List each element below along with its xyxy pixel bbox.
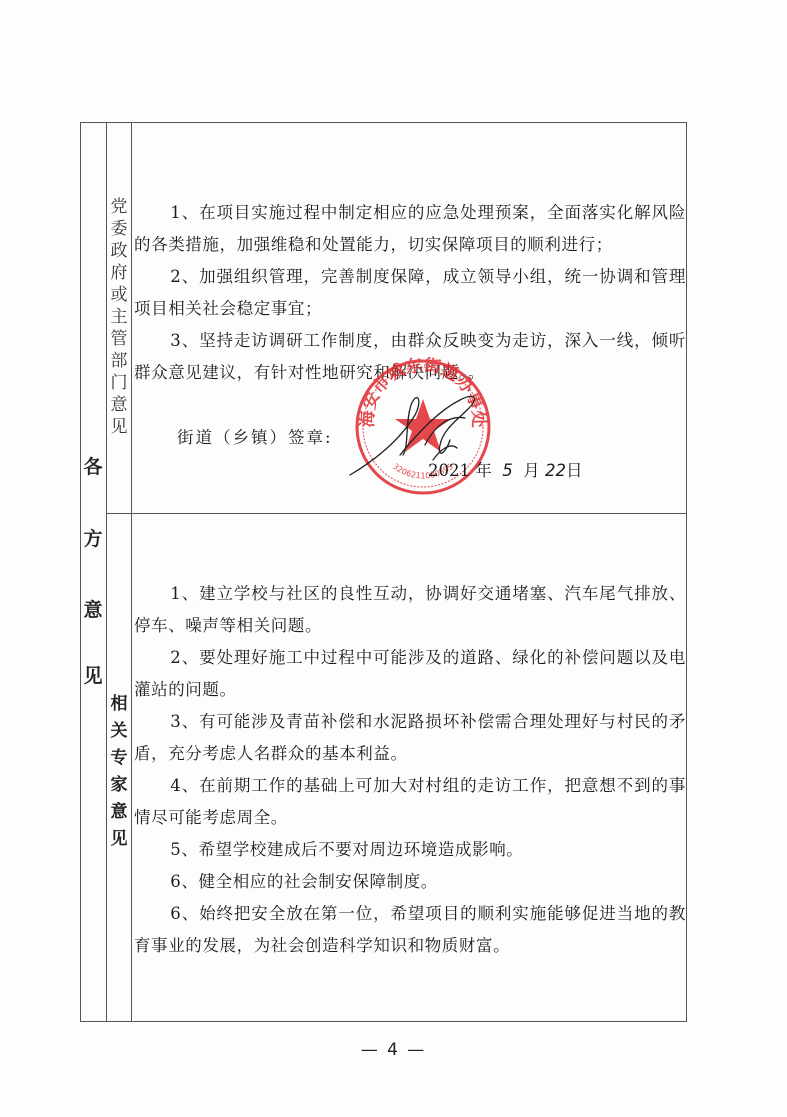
outer-label-char: 各	[80, 452, 106, 479]
label-char: 委	[107, 218, 131, 240]
document-page: 各 方 意 见 党 委 政 府 或 主 管 部 门 意 见 1、在项目实施过程中…	[0, 0, 787, 1117]
section-label-party-government: 党 委 政 府 或 主 管 部 门 意 见	[107, 196, 131, 438]
signature-label: 街道（乡镇）签章:	[177, 424, 333, 448]
opinion-paragraph: 3、有可能涉及青苗补偿和水泥路损坏补偿需合理处理好与村民的矛盾，充分考虑人名群众…	[134, 706, 686, 770]
table-divider-col2	[131, 122, 132, 1022]
outer-label-char: 意	[80, 595, 106, 622]
opinion-paragraph: 4、在前期工作的基础上可加大对村组的走访工作，把意想不到的事情尽可能考虑周全。	[134, 770, 686, 834]
outer-label-char: 方	[80, 524, 106, 551]
opinion-paragraph: 1、在项目实施过程中制定相应的应急处理预案，全面落实化解风险的各类措施，加强维稳…	[134, 197, 686, 261]
opinion-paragraph: 2、要处理好施工中过程中可能涉及的道路、绿化的补偿问题以及电灌站的问题。	[134, 642, 686, 706]
label-char: 主	[107, 306, 131, 328]
opinion-paragraph: 6、始终把安全放在第一位，希望项目的顺利实施能够促进当地的教育事业的发展，为社会…	[134, 898, 686, 962]
date-day: 22	[545, 461, 566, 480]
label-char: 意	[107, 394, 131, 416]
handwritten-signature	[345, 370, 515, 480]
label-char: 见	[107, 826, 131, 853]
label-char: 专	[107, 745, 131, 772]
label-char: 管	[107, 328, 131, 350]
date-month-unit: 月	[523, 461, 540, 480]
label-char: 关	[107, 718, 131, 745]
date-day-unit: 日	[566, 461, 583, 480]
opinion-paragraph: 5、希望学校建成后不要对周边环境造成影响。	[134, 834, 686, 866]
label-char: 政	[107, 240, 131, 262]
label-char: 相	[107, 691, 131, 718]
label-char: 党	[107, 196, 131, 218]
label-char: 或	[107, 284, 131, 306]
opinion-paragraph: 6、健全相应的社会制安保障制度。	[134, 866, 686, 898]
label-char: 府	[107, 262, 131, 284]
page-number: — 4 —	[0, 1040, 787, 1060]
opinion-paragraph: 2、加强组织管理，完善制度保障，成立领导小组，统一协调和管理项目相关社会稳定事宜…	[134, 261, 686, 325]
label-char: 部	[107, 350, 131, 372]
section2-content: 1、建立学校与社区的良性互动，协调好交通堵塞、汽车尾气排放、停车、噪声等相关问题…	[134, 578, 686, 962]
label-char: 见	[107, 416, 131, 438]
label-char: 家	[107, 772, 131, 799]
label-char: 门	[107, 372, 131, 394]
table-divider-row	[106, 513, 687, 514]
section-label-experts: 相 关 专 家 意 见	[107, 691, 131, 853]
label-char: 意	[107, 799, 131, 826]
opinion-paragraph: 1、建立学校与社区的良性互动，协调好交通堵塞、汽车尾气排放、停车、噪声等相关问题…	[134, 578, 686, 642]
outer-label-char: 见	[80, 661, 106, 688]
